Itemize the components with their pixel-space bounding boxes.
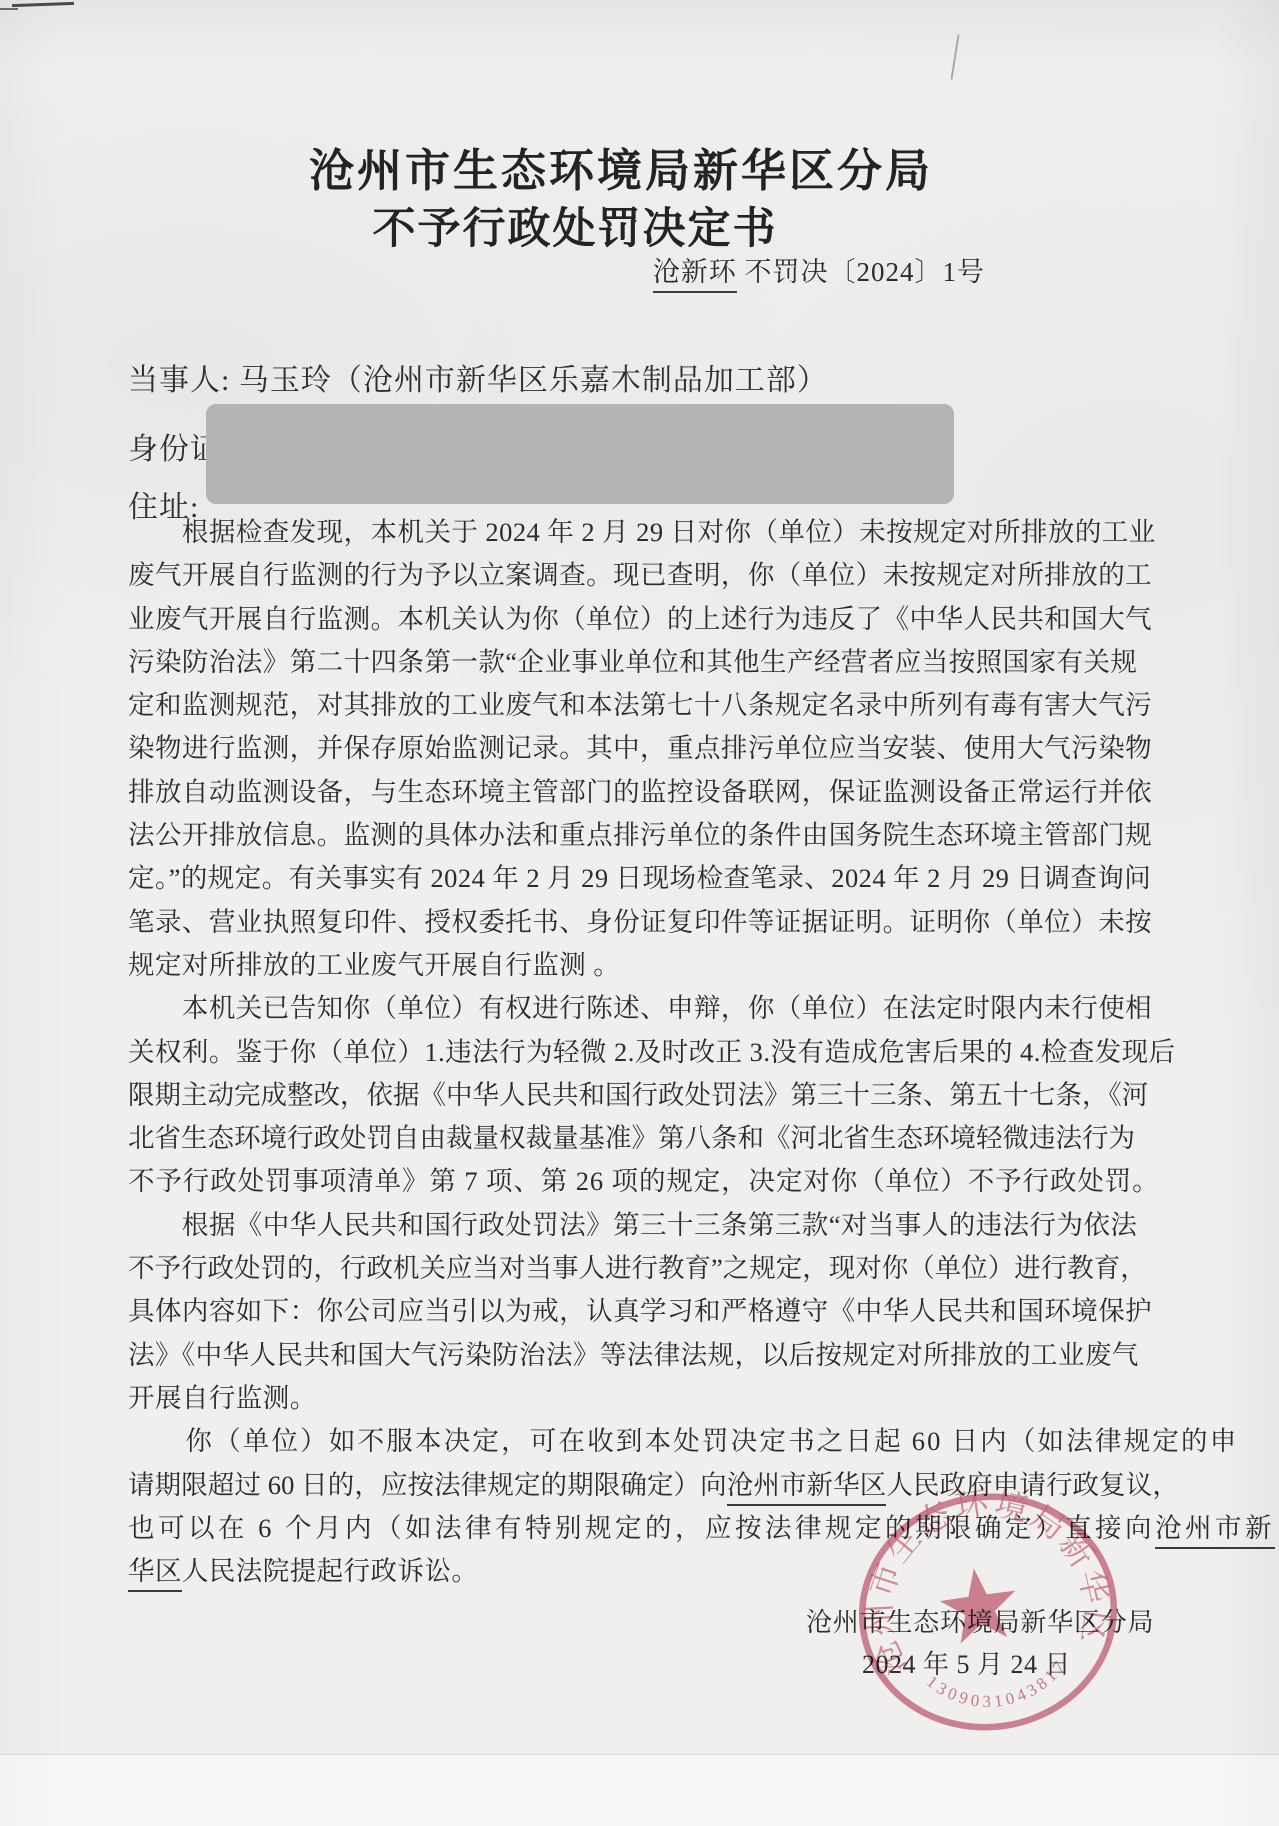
body-text-segment: 规定对所排放的工业废气开展自行监测 。 [128, 950, 620, 980]
body-text-segment: 关权利。鉴于你（单位）1.违法行为轻微 2.及时改正 3.没有造成危害后果的 4… [128, 1037, 1176, 1067]
body-line: 请期限超过 60 日的，应按法律规定的期限确定）向沧州市新华区人民政府申请行政复… [128, 1464, 1151, 1507]
body-text-segment: 根据检查发现，本机关于 2024 年 2 月 29 日对你（单位）未按规定对所排… [128, 517, 1156, 547]
scan-artifact-top-left-2 [0, 8, 18, 10]
body-line: 不予行政处罚事项清单》第 7 项、第 26 项的规定，决定对你（单位）不予行政处… [128, 1160, 1151, 1203]
body-text-segment: 你（单位）如不服本决定，可在收到本处罚决定书之日起 60 日内（如法律规定的申 [128, 1426, 1238, 1456]
body-text-segment: 笔录、营业执照复印件、授权委托书、身份证复印件等证据证明。证明你（单位）未按 [128, 907, 1152, 937]
body-text-segment: 请期限超过 60 日的，应按法律规定的期限确定）向 [128, 1470, 727, 1500]
body-text-segment: 定。”的规定。有关事实有 2024 年 2 月 29 日现场检查笔录、2024 … [128, 863, 1151, 893]
body-text-segment: 法》《中华人民共和国大气污染防治法》等法律法规，以后按规定对所排放的工业废气 [128, 1340, 1139, 1370]
body-text-segment: 染物进行监测，并保存原始监测记录。其中，重点排污单位应当安装、使用大气污染物 [128, 733, 1152, 763]
body-text-segment: 定和监测规范，对其排放的工业废气和本法第七十八条规定名录中所列有毒有害大气污 [128, 690, 1152, 720]
issuer-signature: 沧州市生态环境局新华区分局 [806, 1602, 1154, 1639]
body-line: 法公开排放信息。监测的具体办法和重点排污单位的条件由国务院生态环境主管部门规 [128, 814, 1151, 857]
body-line: 具体内容如下：你公司应当引以为戒，认真学习和严格遵守《中华人民共和国环境保护 [128, 1290, 1151, 1333]
body-text-segment: 业废气开展自行监测。本机关认为你（单位）的上述行为违反了《中华人民共和国大气 [128, 604, 1152, 634]
body-text-segment: 不予行政处罚事项清单》第 7 项、第 26 项的规定，决定对你（单位）不予行政处… [128, 1166, 1160, 1196]
document-number-prefix: 沧新环 [653, 257, 737, 293]
document-number: 沧新环 不罚决〔2024〕1号 [653, 250, 985, 289]
party-line: 当事人: 马玉玲（沧州市新华区乐嘉木制品加工部） [128, 355, 828, 399]
document-title-line1: 沧州市生态环境局新华区分局 [0, 134, 1242, 199]
body-line: 规定对所排放的工业废气开展自行监测 。 [128, 944, 1151, 987]
body-line: 不予行政处罚的，行政机关应当对当事人进行教育”之规定，现对你（单位）进行教育， [128, 1247, 1151, 1290]
body-line: 定。”的规定。有关事实有 2024 年 2 月 29 日现场检查笔录、2024 … [128, 857, 1151, 900]
body-text-segment: 具体内容如下：你公司应当引以为戒，认真学习和严格遵守《中华人民共和国环境保护 [128, 1296, 1152, 1326]
body-line: 染物进行监测，并保存原始监测记录。其中，重点排污单位应当安装、使用大气污染物 [128, 727, 1151, 770]
underlined-text: 华区 [128, 1556, 182, 1592]
body-line: 废气开展自行监测的行为予以立案调查。现已查明，你（单位）未按规定对所排放的工 [128, 554, 1151, 597]
body-text-segment: 限期主动完成整改，依据《中华人民共和国行政处罚法》第三十三条、第五十七条，《河 [128, 1080, 1148, 1110]
underlined-text: 沧州市新 [1155, 1513, 1275, 1549]
body-line: 业废气开展自行监测。本机关认为你（单位）的上述行为违反了《中华人民共和国大气 [128, 598, 1151, 641]
body-line: 开展自行监测。 [128, 1377, 1151, 1420]
document-body: 根据检查发现，本机关于 2024 年 2 月 29 日对你（单位）未按规定对所排… [128, 511, 1151, 1593]
underlined-text: 沧州市新华区 [727, 1470, 887, 1506]
address-label: 住址: [128, 482, 199, 526]
body-line: 排放自动监测设备，与生态环境主管部门的监控设备联网，保证监测设备正常运行并依 [128, 771, 1151, 814]
body-text-segment: 排放自动监测设备，与生态环境主管部门的监控设备联网，保证监测设备正常运行并依 [128, 777, 1152, 807]
redaction-box [206, 404, 954, 504]
body-line: 也可以在 6 个月内（如法律有特别规定的，应按法律规定的期限确定）直接向沧州市新 [128, 1507, 1151, 1550]
body-text-segment: 北省生态环境行政处罚自由裁量权裁量基准》第八条和《河北省生态环境轻微违法行为 [128, 1123, 1135, 1153]
document-title-line2: 不予行政处罚决定书 [0, 195, 1150, 256]
body-text-segment: 污染防治法》第二十四条第一款“企业事业单位和其他生产经营者应当按照国家有关规 [128, 647, 1137, 677]
body-line: 关权利。鉴于你（单位）1.违法行为轻微 2.及时改正 3.没有造成危害后果的 4… [128, 1031, 1151, 1074]
body-text-segment: 根据《中华人民共和国行政处罚法》第三十三条第三款“对当事人的违法行为依法 [128, 1210, 1137, 1240]
body-line: 法》《中华人民共和国大气污染防治法》等法律法规，以后按规定对所排放的工业废气 [128, 1334, 1151, 1377]
body-line: 污染防治法》第二十四条第一款“企业事业单位和其他生产经营者应当按照国家有关规 [128, 641, 1151, 684]
body-text-segment: 也可以在 6 个月内（如法律有特别规定的，应按法律规定的期限确定）直接向 [128, 1513, 1155, 1543]
body-text-segment: 本机关已告知你（单位）有权进行陈述、申辩，你（单位）在法定时限内未行使相 [128, 993, 1152, 1023]
paper-crease [0, 1754, 1279, 1826]
body-line: 根据《中华人民共和国行政处罚法》第三十三条第三款“对当事人的违法行为依法 [128, 1204, 1151, 1247]
document-page: 沧州市生态环境局新华区分局 不予行政处罚决定书 沧新环 不罚决〔2024〕1号 … [0, 0, 1279, 1826]
pen-slash-mark [950, 34, 959, 80]
body-line: 本机关已告知你（单位）有权进行陈述、申辩，你（单位）在法定时限内未行使相 [128, 987, 1151, 1030]
body-text-segment: 开展自行监测。 [128, 1383, 317, 1413]
body-line: 笔录、营业执照复印件、授权委托书、身份证复印件等证据证明。证明你（单位）未按 [128, 901, 1151, 944]
body-line: 华区人民法院提起行政诉讼。 [128, 1550, 1151, 1593]
body-text-segment: 废气开展自行监测的行为予以立案调查。现已查明，你（单位）未按规定对所排放的工 [128, 560, 1152, 590]
issue-date: 2024 年 5 月 24 日 [862, 1644, 1071, 1681]
body-line: 定和监测规范，对其排放的工业废气和本法第七十八条规定名录中所列有毒有害大气污 [128, 684, 1151, 727]
body-text-segment: 人民法院提起行政诉讼。 [182, 1556, 478, 1586]
document-number-rest: 不罚决〔2024〕1号 [737, 257, 985, 287]
body-text-segment: 不予行政处罚的，行政机关应当对当事人进行教育”之规定，现对你（单位）进行教育， [128, 1253, 1147, 1283]
body-line: 限期主动完成整改，依据《中华人民共和国行政处罚法》第三十三条、第五十七条，《河 [128, 1074, 1151, 1117]
body-line: 北省生态环境行政处罚自由裁量权裁量基准》第八条和《河北省生态环境轻微违法行为 [128, 1117, 1151, 1160]
body-line: 根据检查发现，本机关于 2024 年 2 月 29 日对你（单位）未按规定对所排… [128, 511, 1151, 554]
body-line: 你（单位）如不服本决定，可在收到本处罚决定书之日起 60 日内（如法律规定的申 [128, 1420, 1151, 1463]
body-text-segment: 人民政府申请行政复议， [886, 1470, 1179, 1500]
body-text-segment: 法公开排放信息。监测的具体办法和重点排污单位的条件由国务院生态环境主管部门规 [128, 820, 1152, 850]
scan-artifact-top-left [12, 2, 74, 7]
